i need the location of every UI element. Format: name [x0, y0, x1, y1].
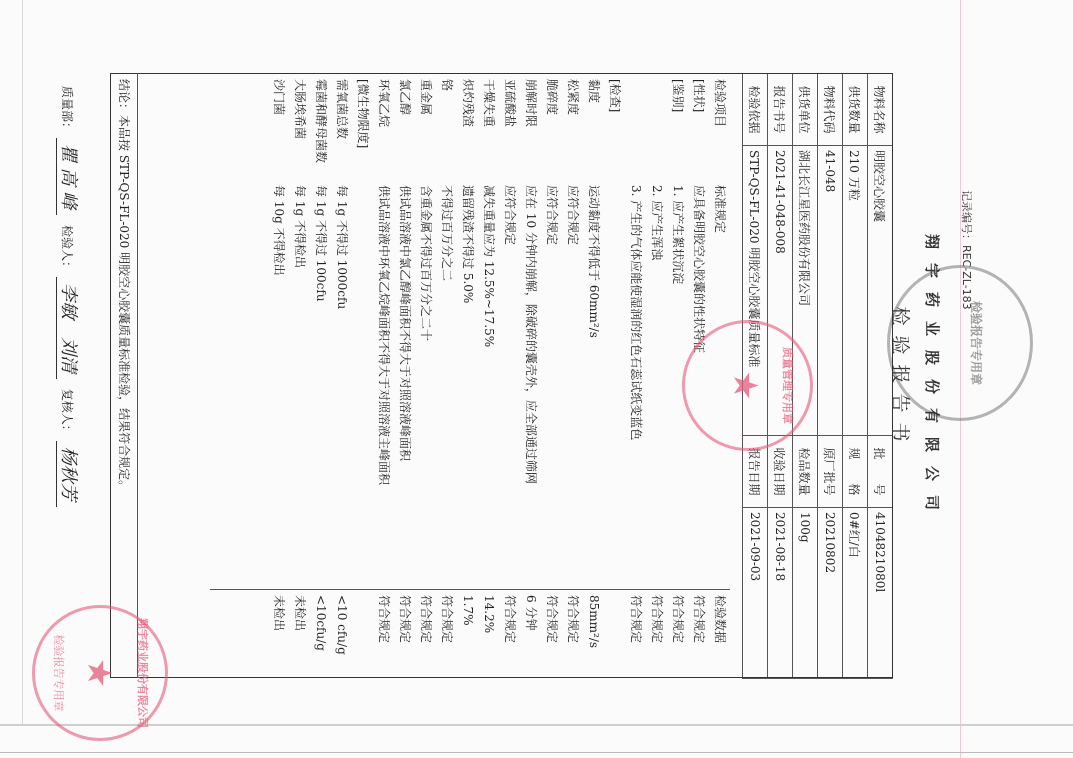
- item-standard: 每 1g 不得检出: [289, 185, 310, 565]
- header-value: 41-048: [818, 146, 843, 436]
- item-result: 14.2%: [478, 595, 499, 675]
- item-result: 符合规定: [373, 595, 394, 675]
- inspection-item-row: [微生物限度]: [352, 73, 373, 678]
- item-standard: 不得过百万分之二: [436, 185, 457, 565]
- items-header-result: 检验数据: [709, 595, 730, 675]
- reviewer-label: 复核人：: [59, 389, 76, 437]
- item-standard: 2. 应产生浑浊: [646, 185, 667, 565]
- inspection-item-row: 脆碎度应符合规定符合规定: [541, 73, 562, 678]
- header-value: 明胶空心胶囊: [868, 146, 893, 436]
- inspection-item-row: 松紧度应符合规定符合规定: [562, 73, 583, 678]
- item-result: 6 分钟: [520, 595, 541, 675]
- inspection-item-row: 需氧菌总数每 1g 不得过 1000cfu<10 cfu/g: [331, 73, 352, 678]
- item-result: 符合规定: [541, 595, 562, 675]
- item-result: 符合规定: [646, 595, 667, 675]
- header-value: 210 万粒: [843, 146, 868, 436]
- item-standard: 运动黏度不得低于 60mm²/s: [583, 185, 604, 565]
- item-name: 沙门菌: [268, 79, 289, 174]
- qa-seal-text: 质量管理专用章: [780, 323, 796, 448]
- item-standard: 供试品溶液中氯乙醇峰面积不得大于对照溶液峰面积: [394, 185, 415, 565]
- item-result: 符合规定: [562, 595, 583, 675]
- item-standard: 应符合规定: [541, 185, 562, 565]
- header-label: 批 号: [868, 436, 893, 508]
- header-label: 供货单位: [793, 74, 818, 146]
- item-name: 氯乙醇: [394, 79, 415, 174]
- item-name: 脆碎度: [541, 79, 562, 174]
- inspector-label: 检验人：: [59, 225, 76, 273]
- company-seal-text: 翔宇药业股份有限公司: [135, 608, 151, 738]
- item-standard: 应符合规定: [499, 185, 520, 565]
- header-value: 2021-09-03: [743, 508, 768, 679]
- item-name: 炽灼残渣: [457, 79, 478, 174]
- inspection-item-row: 崩解时限应在 10 分钟内崩解，除破碎的囊壳外，应全部通过筛网6 分钟: [520, 73, 541, 678]
- header-label: 规 格: [843, 436, 868, 508]
- item-result: 符合规定: [436, 595, 457, 675]
- inspection-item-row: 大肠埃希菌每 1g 不得检出未检出: [289, 73, 310, 678]
- inspection-item-row: 霉菌和酵母菌数每 1g 不得过 100cfu<10cfu/g: [310, 73, 331, 678]
- item-result: 1.7%: [457, 595, 478, 675]
- item-name: 需氧菌总数: [331, 79, 352, 174]
- item-standard: 每 1g 不得过 100cfu: [310, 185, 331, 565]
- header-value: 20210802: [818, 508, 843, 679]
- item-standard: 3. 产生的气体应能使湿润的红色石蕊试纸变蓝色: [625, 185, 646, 565]
- item-name: [鉴别]: [667, 79, 688, 174]
- star-icon: ★: [729, 323, 763, 448]
- header-label: 报告书号: [768, 74, 793, 146]
- inspection-item-row: 环氧乙烷供试品溶液中环氧乙烷峰面积不得大于对照溶液主峰面积符合规定: [373, 73, 394, 678]
- header-label: 物料代码: [818, 74, 843, 146]
- item-standard: 每 10g 不得检出: [268, 185, 289, 565]
- report-seal-text: 检验报告专用章: [968, 268, 985, 418]
- header-value: 0#红/白: [843, 508, 868, 679]
- item-result: <10 cfu/g: [331, 595, 352, 675]
- inspection-item-row: 炽灼残渣遗留残渣不得过 5.0%1.7%: [457, 73, 478, 678]
- item-name: 铬: [436, 79, 457, 174]
- inspection-item-row: 重金属含重金属不得过百万分之二十符合规定: [415, 73, 436, 678]
- item-name: 崩解时限: [520, 79, 541, 174]
- header-value: 2021-08-18: [768, 508, 793, 679]
- header-row: 供货数量210 万粒规 格0#红/白: [843, 74, 868, 679]
- item-name: 黏度: [583, 79, 604, 174]
- inspection-items: 检验项目 标准规定 检验数据 [性状]应具备明胶空心胶囊的性状特征符合规定[鉴别…: [268, 73, 730, 678]
- item-standard: 应符合规定: [562, 185, 583, 565]
- item-name: [微生物限度]: [352, 79, 373, 174]
- header-row: 物料名称明胶空心胶囊批 号4104821080l: [868, 74, 893, 679]
- item-result: 符合规定: [499, 595, 520, 675]
- item-name: 大肠埃希菌: [289, 79, 310, 174]
- inspection-item-row: [检查]: [604, 73, 625, 678]
- header-label: 原厂批号: [818, 436, 843, 508]
- header-label: 供货数量: [843, 74, 868, 146]
- item-standard: 遗留残渣不得过 5.0%: [457, 185, 478, 565]
- item-result: 符合规定: [394, 595, 415, 675]
- item-name: [检查]: [604, 79, 625, 174]
- company-name: 翔宇药业股份有限公司: [922, 0, 943, 758]
- item-result: 未检出: [289, 595, 310, 675]
- inspection-item-row: 2. 应产生浑浊符合规定: [646, 73, 667, 678]
- item-result: 符合规定: [667, 595, 688, 675]
- qa-signature: 瞿 高 峰: [56, 138, 83, 215]
- header-label: 物料名称: [868, 74, 893, 146]
- item-standard: 供试品溶液中环氧乙烷峰面积不得大于对照溶液主峰面积: [373, 185, 394, 565]
- inspection-item-row: 3. 产生的气体应能使湿润的红色石蕊试纸变蓝色符合规定: [625, 73, 646, 678]
- item-result: 符合规定: [688, 595, 709, 675]
- item-standard: 含重金属不得过百万分之二十: [415, 185, 436, 565]
- item-name: [性状]: [688, 79, 709, 174]
- header-label: 检品数量: [793, 436, 818, 508]
- inspection-item-row: 沙门菌每 10g 不得检出未检出: [268, 73, 289, 678]
- header-value: 4104821080l: [868, 508, 893, 679]
- inspection-item-row: 干燥失重减失重量应为 12.5%~17.5%14.2%: [478, 73, 499, 678]
- item-name: 松紧度: [562, 79, 583, 174]
- inspection-item-row: 亚硫酸盐应符合规定符合规定: [499, 73, 520, 678]
- inspection-item-row: 黏度运动黏度不得低于 60mm²/s85mm²/s: [583, 73, 604, 678]
- item-name: 环氧乙烷: [373, 79, 394, 174]
- item-name: 重金属: [415, 79, 436, 174]
- inspection-report-page: 记录编号：REC-ZL-183 检验报告专用章 翔宇药业股份有限公司 检验报告书…: [0, 0, 1073, 758]
- item-standard: 每 1g 不得过 1000cfu: [331, 185, 352, 565]
- inspection-item-row: 铬不得过百万分之二符合规定: [436, 73, 457, 678]
- company-seal-subtext: 检验报告专用章: [51, 608, 67, 738]
- company-seal-stamp: 翔宇药业股份有限公司 ★ 检验报告专用章: [32, 605, 168, 741]
- header-value: 100g: [793, 508, 818, 679]
- conclusion: 结论：本品按 STP-QS-FL-020 明胶空心胶囊质量标准检验，结果符合规定…: [110, 73, 138, 678]
- item-standard: 应在 10 分钟内崩解，除破碎的囊壳外，应全部通过筛网: [520, 185, 541, 565]
- header-row: 物料代码41-048原厂批号20210802: [818, 74, 843, 679]
- item-result: 未检出: [268, 595, 289, 675]
- item-name: 亚硫酸盐: [499, 79, 520, 174]
- item-result: 85mm²/s: [583, 595, 604, 675]
- item-standard: 减失重量应为 12.5%~17.5%: [478, 185, 499, 565]
- star-icon: ★: [82, 608, 116, 738]
- inspection-item-row: 氯乙醇供试品溶液中氯乙醇峰面积不得大于对照溶液峰面积符合规定: [394, 73, 415, 678]
- qa-label: 质量部：: [59, 86, 76, 134]
- reviewer-signature: 杨秋芳: [56, 441, 83, 507]
- items-header-name: 检验项目: [709, 79, 730, 174]
- qa-seal-stamp: 质量管理专用章 ★: [682, 320, 813, 451]
- item-result: <10cfu/g: [310, 595, 331, 675]
- inspector-signature: 李敏 刘清: [56, 277, 83, 379]
- item-result: 符合规定: [625, 595, 646, 675]
- item-result: 符合规定: [415, 595, 436, 675]
- item-name: 干燥失重: [478, 79, 499, 174]
- header-label: 检验依据: [743, 74, 768, 146]
- item-name: 霉菌和酵母菌数: [310, 79, 331, 174]
